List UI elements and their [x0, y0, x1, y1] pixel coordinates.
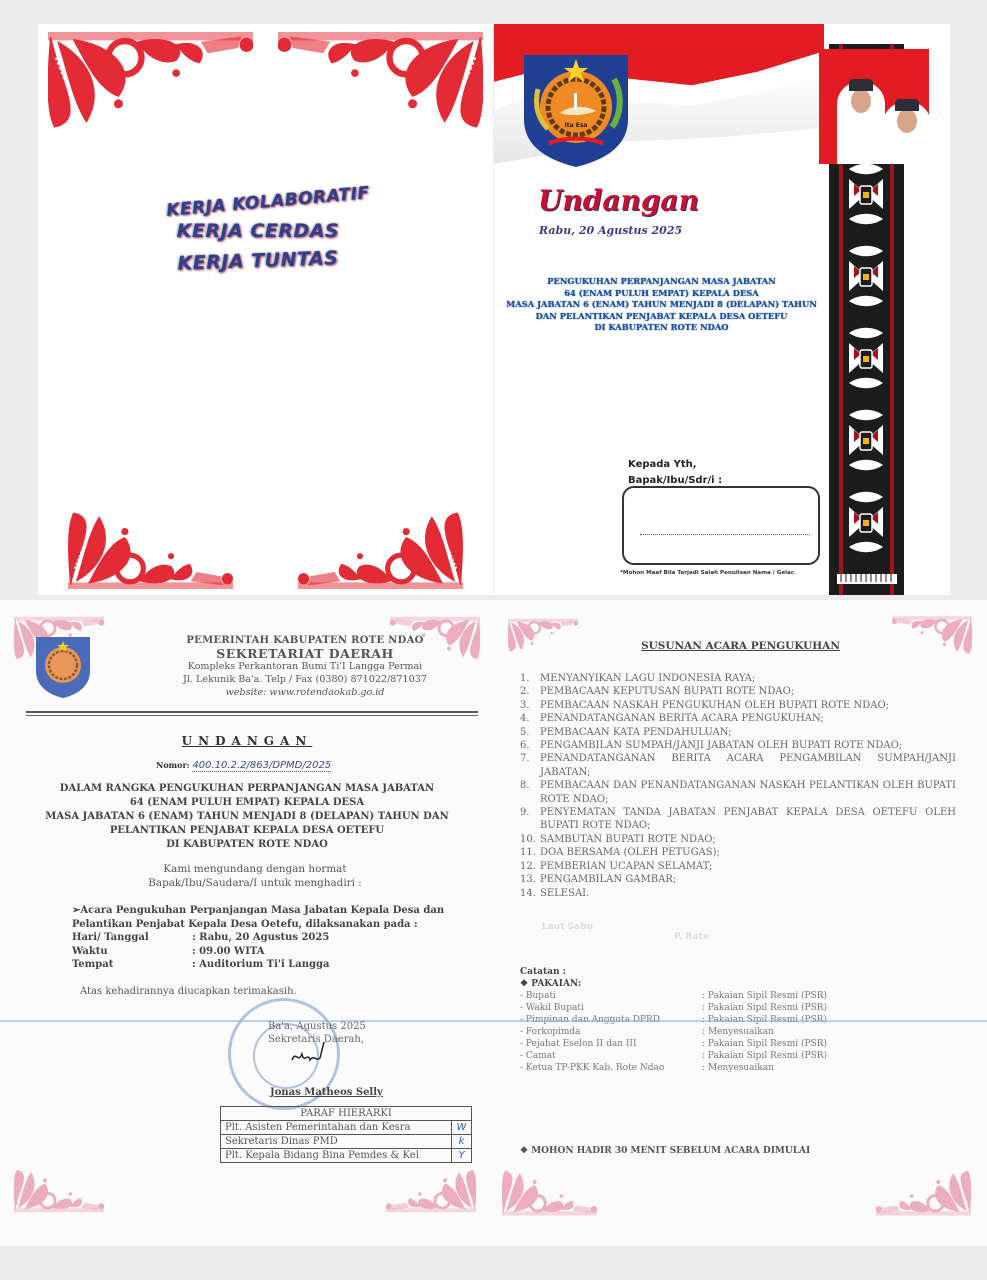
agenda-panel: SUSUNAN ACARA PENGUKUHAN 1.MENYANYIKAN L…	[494, 600, 987, 1246]
lace-ornament-bottom-left	[502, 1168, 597, 1216]
agenda-item: 8.PEMBACAAN DAN PENANDATANGANAN NASKAH P…	[520, 779, 956, 806]
letterhead: PEMERINTAH KABUPATEN ROTE NDAO SEKRETARI…	[160, 634, 450, 699]
notes-header: Catatan : ❖ PAKAIAN:	[520, 966, 581, 990]
motto-line-1: KERJA KOLABORATIF	[138, 181, 399, 224]
agenda-item: 11.DOA BERSAMA (OLEH PETUGAS);	[520, 846, 956, 859]
detail-row: Hari/ Tanggal: Rabu, 20 Agustus 2025	[72, 931, 472, 945]
agenda-item: 5.PEMBACAAN KATA PENDAHULUAN;	[520, 726, 956, 739]
addressee-name-box[interactable]	[622, 486, 820, 565]
officials-portrait	[819, 49, 929, 164]
table-row: Sekretaris Dinas PMDk	[221, 1135, 472, 1149]
map-label: Laut Sabu	[542, 922, 593, 932]
agenda-item: 12.PEMBERIAN UCAPAN SELAMAT;	[520, 860, 956, 873]
dress-code-row: - Camat: Pakaian Sipil Resmi (PSR)	[520, 1050, 880, 1062]
invitation-title: Undangan	[538, 184, 699, 217]
svg-text:Ita Esa: Ita Esa	[565, 122, 588, 129]
signature-icon	[290, 1040, 330, 1070]
dress-code-row: - Ketua TP-PKK Kab. Rote Ndao: Menyesuai…	[520, 1062, 880, 1074]
letter-number: Nomor: 400.10.2.2/863/DPMD/2025	[156, 760, 331, 771]
agenda-item: 6.PENGAMBILAN SUMPAH/JANJI JABATAN OLEH …	[520, 739, 956, 752]
signature-block: Ba'a, Agustus 2025 Sekretaris Daerah,	[268, 1020, 408, 1046]
agenda-item: 9.PENYEMATAN TANDA JABATAN PENJABAT KEPA…	[520, 806, 956, 833]
dress-code-row: - Forkopimda: Menyesuaikan	[520, 1026, 880, 1038]
cover-front-panel: Ita Esa	[494, 24, 950, 595]
lace-ornament-top-right	[278, 32, 483, 132]
agenda-list: 1.MENYANYIKAN LAGU INDONESIA RAYA;2.PEMB…	[520, 672, 956, 900]
lace-ornament-bottom-right	[386, 1165, 476, 1215]
closing-text: Atas kehadirannya diucapkan terimakasih.	[80, 986, 297, 997]
cover-back-panel: KERJA KOLABORATIF KERJA CERDAS KERJA TUN…	[38, 24, 493, 595]
map-label: P. Rote	[674, 932, 709, 942]
rote-ndao-crest-icon: Ita Esa	[520, 49, 632, 169]
agenda-item: 1.MENYANYIKAN LAGU INDONESIA RAYA;	[520, 672, 956, 685]
agenda-item: 10.SAMBUTAN BUPATI ROTE NDAO;	[520, 833, 956, 846]
detail-row: Waktu: 09.00 WITA	[72, 945, 472, 959]
event-details: ➢Acara Pengukuhan Perpanjangan Masa Jaba…	[72, 904, 472, 972]
dress-code-row: - Pejabat Eselon II dan III: Pakaian Sip…	[520, 1038, 880, 1050]
addressee-name-line	[640, 534, 810, 535]
letter-intro: Kami mengundang dengan hormat Bapak/Ibu/…	[80, 862, 430, 890]
invitation-date: Rabu, 20 Agustus 2025	[539, 224, 682, 237]
detail-row: Tempat: Auditorium Ti'i Langga	[72, 958, 472, 972]
agenda-item: 14.SELESAI.	[520, 887, 956, 900]
paraf-hierarchy-table: PARAF HIERARKI Plt. Asisten Pemerintahan…	[220, 1106, 472, 1163]
motto-line-3: KERJA TUNTAS	[128, 245, 389, 276]
letter-heading: UNDANGAN	[0, 734, 494, 748]
agenda-item: 2.PEMBACAAN KEPUTUSAN BUPATI ROTE NDAO;	[520, 685, 956, 698]
dress-code-row: - Bupati: Pakaian Sipil Resmi (PSR)	[520, 990, 880, 1002]
agenda-title: SUSUNAN ACARA PENGUKUHAN	[494, 640, 987, 652]
table-row: Plt. Asisten Pemerintahan dan KesraW	[221, 1121, 472, 1135]
lace-ornament-bottom-left	[48, 509, 253, 589]
apology-note: *Mohon Maaf Bila Terjadi Salah Penulisan…	[620, 570, 795, 576]
event-title-block: PENGUKUHAN PERPANJANGAN MASA JABATAN 64 …	[494, 276, 829, 334]
addressee-label: Kepada Yth, Bapak/Ibu/Sdr/i :	[628, 457, 722, 489]
lace-ornament-top-left	[48, 32, 253, 132]
agenda-item: 4.PENANDATANGANAN BERITA ACARA PENGUKUHA…	[520, 712, 956, 725]
signer-name: Jonas Matheos Selly	[270, 1087, 383, 1098]
motto-line-2: KERJA CERDAS	[128, 220, 388, 242]
agenda-item: 7.PENANDATANGANAN BERITA ACARA PENGAMBIL…	[520, 752, 956, 779]
letterhead-divider	[26, 711, 478, 713]
lace-ornament-bottom-left	[14, 1165, 104, 1215]
agenda-item: 13.PENGAMBILAN GAMBAR;	[520, 873, 956, 886]
table-row: Plt. Kepala Bidang Bina Pemdes & KelY	[221, 1149, 472, 1163]
dress-code-list: - Bupati: Pakaian Sipil Resmi (PSR)- Wak…	[520, 990, 880, 1074]
arrival-note: ❖ MOHON HADIR 30 MENIT SEBELUM ACARA DIM…	[520, 1146, 810, 1156]
official-letter-panel: PEMERINTAH KABUPATEN ROTE NDAO SEKRETARI…	[0, 600, 494, 1246]
lace-ornament-bottom-right	[278, 509, 483, 589]
lace-ornament-bottom-right	[876, 1168, 971, 1216]
rote-ndao-crest-icon	[34, 633, 92, 699]
letter-subject: DALAM RANGKA PENGUKUHAN PERPANJANGAN MAS…	[30, 782, 464, 852]
agenda-item: 3.PEMBACAAN NASKAH PENGUKUHAN OLEH BUPAT…	[520, 699, 956, 712]
dress-code-row: - Wakil Bupati: Pakaian Sipil Resmi (PSR…	[520, 1002, 880, 1014]
